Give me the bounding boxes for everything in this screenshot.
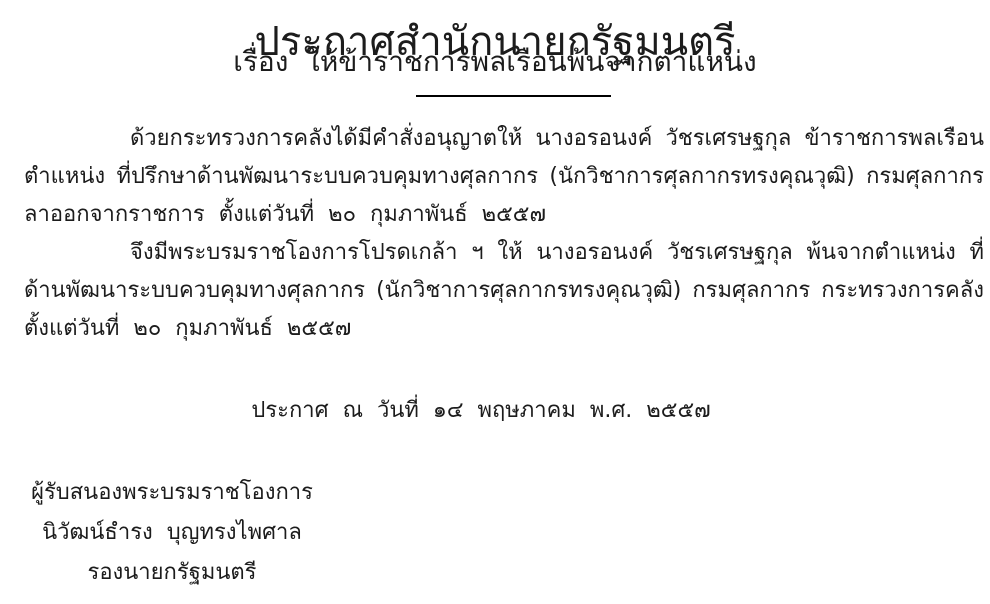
countersign-label: ผู้รับสนองพระบรมราชโองการ <box>24 473 320 513</box>
document-subject: เรื่อง ให้ข้าราชการพลเรือนพ้นจากตำแหน่ง <box>0 44 990 80</box>
proclamation-date: ประกาศ ณ วันที่ ๑๔ พฤษภาคม พ.ศ. ๒๕๕๗ <box>0 392 976 430</box>
signature-block: ผู้รับสนองพระบรมราชโองการ นิวัฒน์ธำรง บุ… <box>24 473 320 593</box>
paragraph-2-line-1: จึงมีพระบรมราชโองการโปรดเกล้า ฯ ให้ นางอ… <box>24 234 984 272</box>
paragraph-1-line-2: ตำแหน่ง ที่ปรึกษาด้านพัฒนาระบบควบคุมทางศ… <box>24 158 984 196</box>
paragraph-2-line-3: ตั้งแต่วันที่ ๒๐ กุมภาพันธ์ ๒๕๕๗ <box>24 310 984 348</box>
divider-line <box>416 95 611 97</box>
countersigner-position: รองนายกรัฐมนตรี <box>24 553 320 593</box>
paragraph-2-line-2: ด้านพัฒนาระบบควบคุมทางศุลกากร (นักวิชากา… <box>24 272 984 310</box>
document-page: ประกาศสำนักนายกรัฐมนตรี เรื่อง ให้ข้าราช… <box>0 0 990 604</box>
paragraph-1-line-3: ลาออกจากราชการ ตั้งแต่วันที่ ๒๐ กุมภาพัน… <box>24 196 984 234</box>
paragraph-1-line-1: ด้วยกระทรวงการคลังได้มีคำสั่งอนุญาตให้ น… <box>24 120 984 158</box>
countersigner-name: นิวัฒน์ธำรง บุญทรงไพศาล <box>24 513 320 553</box>
document-body: ด้วยกระทรวงการคลังได้มีคำสั่งอนุญาตให้ น… <box>24 120 984 348</box>
